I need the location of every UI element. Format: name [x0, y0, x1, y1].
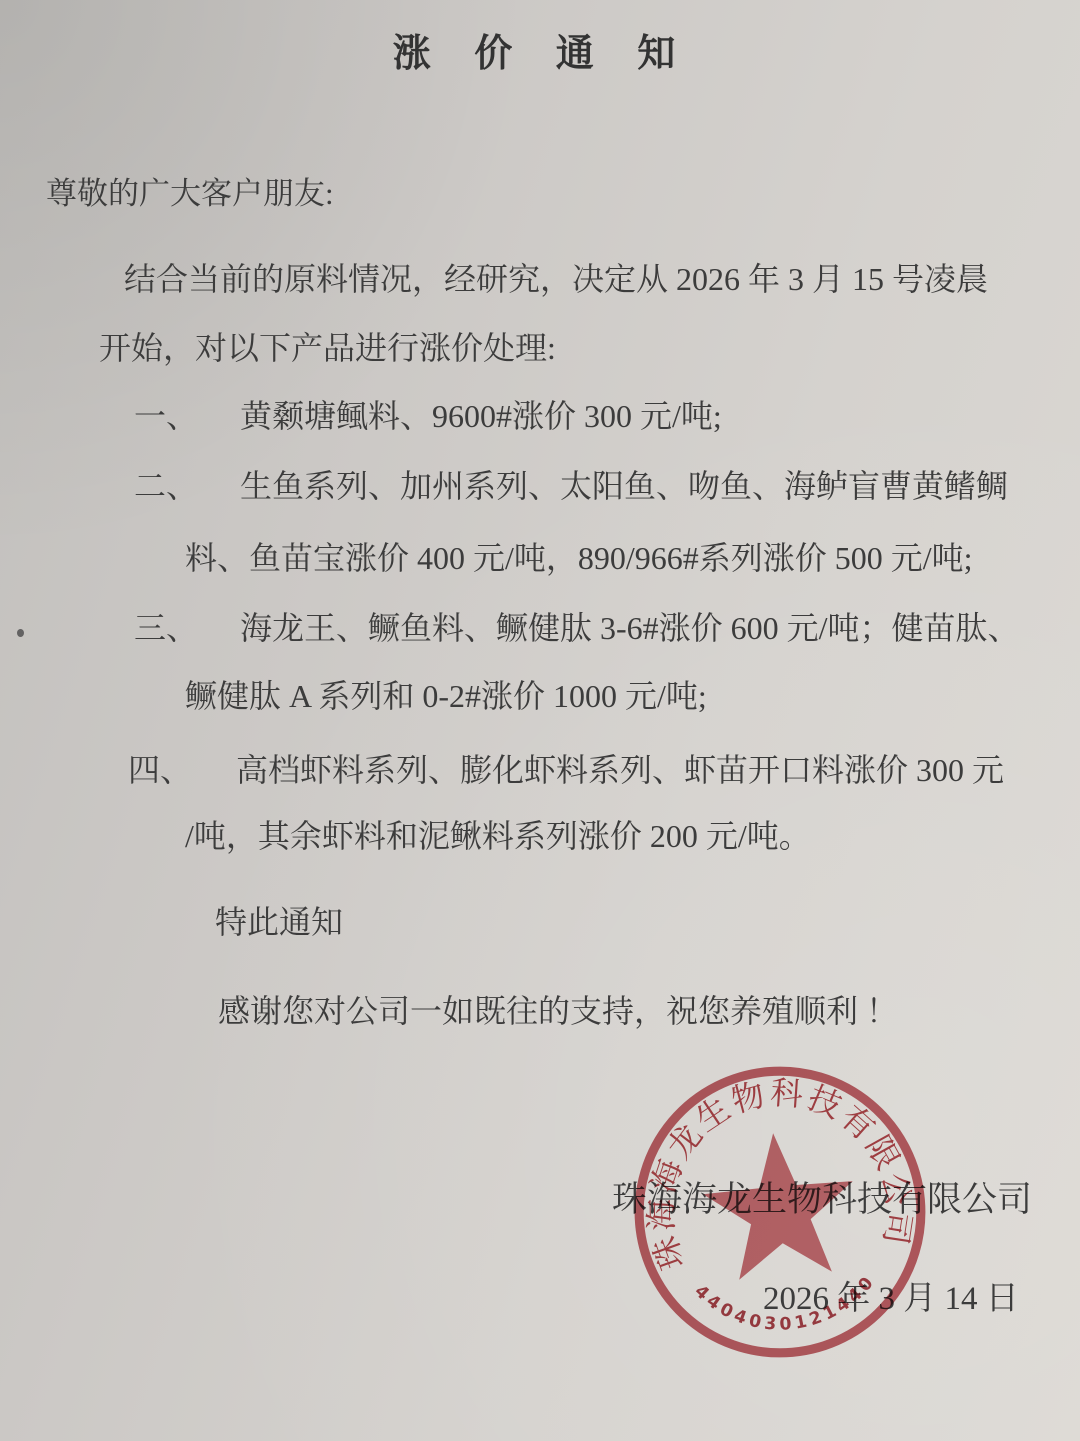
- price-item-2-line-2: 料、鱼苗宝涨价 400 元/吨，890/966#系列涨价 500 元/吨;: [185, 540, 973, 577]
- notice-document: 涨 价 通 知 尊敬的广大客户朋友: 结合当前的原料情况，经研究，决定从 202…: [0, 0, 1080, 1441]
- intro-line-2: 开始，对以下产品进行涨价处理:: [99, 330, 556, 367]
- document-title: 涨 价 通 知: [0, 22, 1080, 77]
- item-4-number: 四、: [128, 752, 236, 789]
- seal-star-icon: [698, 1127, 860, 1283]
- salutation-line: 尊敬的广大客户朋友:: [46, 176, 334, 212]
- item-2-number: 二、: [134, 468, 240, 505]
- company-seal-stamp: 珠海海龙生物科技有限公司 4404030121440: [615, 1039, 946, 1384]
- closing-notice: 特此通知: [215, 904, 343, 941]
- item-1-text: 黄颡塘鲺料、9600#涨价 300 元/吨;: [240, 398, 722, 434]
- paper-speck: [17, 629, 24, 637]
- item-1-number: 一、: [134, 398, 240, 435]
- price-item-3-line-2: 鳜健肽 A 系列和 0-2#涨价 1000 元/吨;: [185, 678, 707, 715]
- intro-line-1: 结合当前的原料情况，经研究，决定从 2026 年 3 月 15 号凌晨: [124, 261, 988, 298]
- item-2-text-1: 生鱼系列、加州系列、太阳鱼、吻鱼、海鲈盲曹黄鳍鲷: [240, 468, 1008, 504]
- item-3-text-1: 海龙王、鳜鱼料、鳜健肽 3-6#涨价 600 元/吨；健苗肽、: [240, 610, 1020, 646]
- price-item-2-line-1: 二、生鱼系列、加州系列、太阳鱼、吻鱼、海鲈盲曹黄鳍鲷: [134, 468, 1008, 505]
- price-item-3-line-1: 三、海龙王、鳜鱼料、鳜健肽 3-6#涨价 600 元/吨；健苗肽、: [134, 610, 1020, 647]
- item-4-text-1: 高档虾料系列、膨化虾料系列、虾苗开口料涨价 300 元: [236, 752, 1004, 788]
- price-item-4-line-1: 四、高档虾料系列、膨化虾料系列、虾苗开口料涨价 300 元: [128, 752, 1004, 789]
- seal-graphic: 珠海海龙生物科技有限公司 4404030121440: [615, 1039, 946, 1384]
- item-3-number: 三、: [134, 610, 240, 647]
- thanks-line: 感谢您对公司一如既往的支持，祝您养殖顺利 ！: [218, 993, 898, 1030]
- price-item-4-line-2: /吨，其余虾料和泥鳅料系列涨价 200 元/吨。: [185, 818, 811, 855]
- price-item-1: 一、黄颡塘鲺料、9600#涨价 300 元/吨;: [134, 398, 722, 435]
